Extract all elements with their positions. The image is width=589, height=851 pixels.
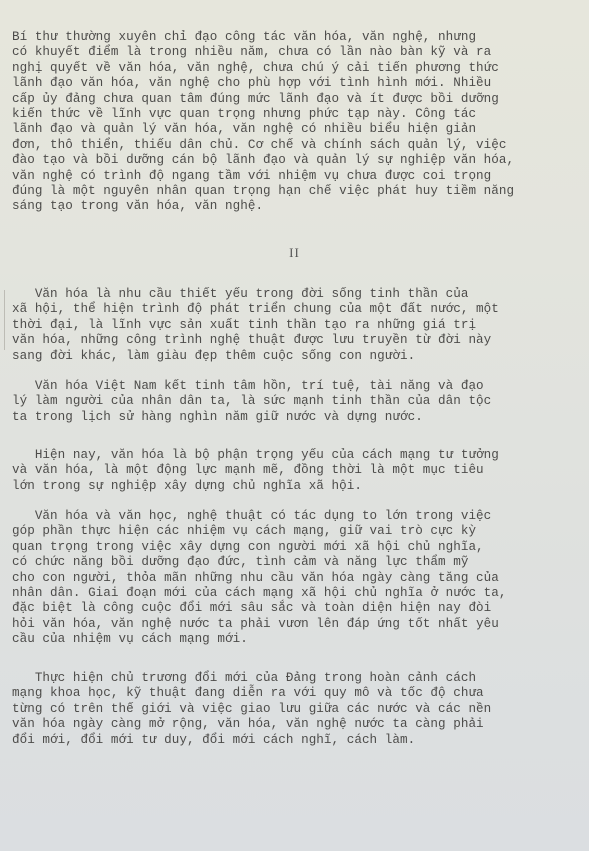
text-line: quan trọng trong việc xây dựng con người… (12, 540, 582, 555)
text-line: cầu của nhiệm vụ cách mạng mới. (12, 632, 582, 647)
text-line: đào tạo và bồi dưỡng cán bộ lãnh đạo và … (12, 153, 582, 168)
text-line: sang đời khác, làm giàu đẹp thêm cuộc số… (12, 349, 582, 364)
text-line: Văn hóa là nhu cầu thiết yếu trong đời s… (12, 287, 582, 302)
text-line: văn hóa ngày càng mở rộng, văn hóa, văn … (12, 717, 582, 732)
paragraph-literature-arts: Văn hóa và văn học, nghệ thuật có tác dụ… (12, 509, 582, 648)
text-line: kiến thức về lĩnh vực quan trọng nhưng p… (12, 107, 582, 122)
text-line: Văn hóa và văn học, nghệ thuật có tác dụ… (12, 509, 582, 524)
paragraph-renovation: Thực hiện chủ trương đổi mới của Đảng tr… (12, 671, 582, 748)
text-line: từng có trên thế giới và việc giao lưu g… (12, 702, 582, 717)
paragraph-vietnamese-culture: Văn hóa Việt Nam kết tinh tâm hồn, trí t… (12, 379, 582, 425)
text-line: có khuyết điểm là trong nhiều năm, chưa … (12, 45, 582, 60)
text-line: đặc biệt là công cuộc đổi mới sâu sắc và… (12, 601, 582, 616)
text-line: hỏi văn hóa, văn nghệ nước ta phải vươn … (12, 617, 582, 632)
text-line: đúng là một nguyên nhân quan trọng hạn c… (12, 184, 582, 199)
text-line: đơn, thô thiển, thiếu dân chủ. Cơ chế và… (12, 138, 582, 153)
text-line: xã hội, thể hiện trình độ phát triển chu… (12, 302, 582, 317)
text-line: lớn trong sự nghiệp xây dựng chủ nghĩa x… (12, 479, 582, 494)
text-line: đổi mới, đổi mới tư duy, đổi mới cách ng… (12, 733, 582, 748)
paragraph-current-role: Hiện nay, văn hóa là bộ phận trọng yếu c… (12, 448, 582, 494)
text-line: cấp ủy đảng chưa quan tâm đúng mức lãnh … (12, 92, 582, 107)
text-line: Văn hóa Việt Nam kết tinh tâm hồn, trí t… (12, 379, 582, 394)
paragraph-leadership-shortcomings: Bí thư thường xuyên chỉ đạo công tác văn… (12, 30, 582, 215)
text-line: Hiện nay, văn hóa là bộ phận trọng yếu c… (12, 448, 582, 463)
text-line: văn nghệ có trình độ ngang tầm với nhiệm… (12, 169, 582, 184)
text-line: lý làm người của nhân dân ta, là sức mạn… (12, 394, 582, 409)
text-line: mạng khoa học, kỹ thuật đang diễn ra với… (12, 686, 582, 701)
paragraph-culture-need: Văn hóa là nhu cầu thiết yếu trong đời s… (12, 287, 582, 364)
text-line: lãnh đạo và quản lý văn hóa, văn nghệ có… (12, 122, 582, 137)
text-line: nhân dân. Giai đoạn mới của cách mạng xã… (12, 586, 582, 601)
text-line: nghị quyết về văn hóa, văn nghệ, chưa ch… (12, 61, 582, 76)
section-heading: II (0, 245, 589, 261)
text-line: Bí thư thường xuyên chỉ đạo công tác văn… (12, 30, 582, 45)
text-line: thời đại, là lĩnh vực sản xuất tinh thần… (12, 318, 582, 333)
text-line: cho con người, thỏa mãn những nhu cầu vă… (12, 571, 582, 586)
typewritten-page: Bí thư thường xuyên chỉ đạo công tác văn… (0, 0, 589, 851)
text-line: sáng tạo trong văn hóa, văn nghệ. (12, 199, 582, 214)
text-line: Thực hiện chủ trương đổi mới của Đảng tr… (12, 671, 582, 686)
text-line: và văn hóa, là một động lực mạnh mẽ, đồn… (12, 463, 582, 478)
text-line: ta trong lịch sử hàng nghìn năm giữ nước… (12, 410, 582, 425)
margin-pencil-mark (4, 290, 5, 350)
text-line: góp phần thực hiện các nhiệm vụ cách mạn… (12, 524, 582, 539)
text-line: văn hóa, những công trình nghệ thuật đượ… (12, 333, 582, 348)
text-line: có chức năng bồi dưỡng đạo đức, tình cảm… (12, 555, 582, 570)
text-line: lãnh đạo văn hóa, văn nghệ cho phù hợp v… (12, 76, 582, 91)
